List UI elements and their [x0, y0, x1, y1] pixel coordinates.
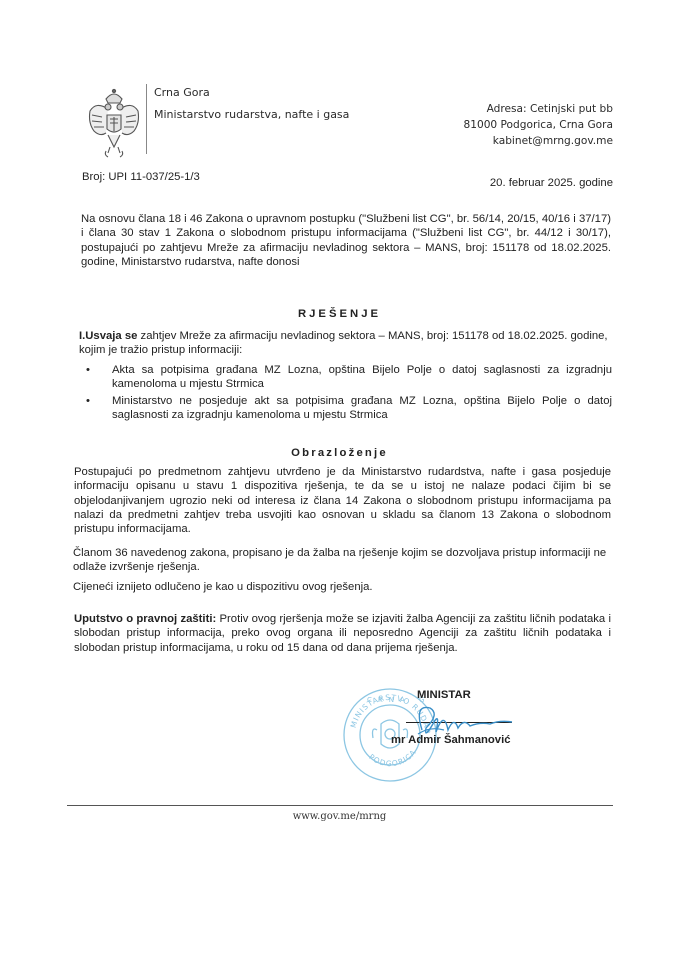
- address-city: 81000 Podgorica, Crna Gora: [463, 117, 613, 133]
- decision-paragraph: I.Usvaja se zahtjev Mreže za afirmaciju …: [79, 329, 613, 358]
- decision-lead: I.Usvaja se: [79, 330, 137, 342]
- requested-items-list: • Akta sa potpisima građana MZ Lozna, op…: [112, 363, 612, 424]
- address-block: Adresa: Cetinjski put bb 81000 Podgorica…: [463, 101, 613, 149]
- bullet-icon: •: [86, 394, 90, 408]
- list-item: • Akta sa potpisima građana MZ Lozna, op…: [112, 363, 612, 392]
- reasoning-paragraph-2: Članom 36 navedenog zakona, propisano je…: [73, 546, 613, 575]
- country-name: Crna Gora: [154, 86, 210, 99]
- address-street: Adresa: Cetinjski put bb: [463, 101, 613, 117]
- list-item-text: Akta sa potpisima građana MZ Lozna, opšt…: [112, 364, 612, 390]
- document-date: 20. februar 2025. godine: [490, 176, 613, 190]
- legal-remedy-label: Uputstvo o pravnoj zaštiti:: [74, 613, 216, 625]
- svg-text:PODGORICA: PODGORICA: [367, 748, 418, 769]
- minister-name: mr Admir Šahmanović: [391, 733, 511, 747]
- bullet-icon: •: [86, 363, 90, 377]
- address-email[interactable]: kabinet@mrng.gov.me: [463, 133, 613, 149]
- legal-remedy-paragraph: Uputstvo o pravnoj zaštiti: Protiv ovog …: [74, 612, 611, 655]
- header-divider: [146, 84, 147, 154]
- reasoning-title: Obrazloženje: [0, 446, 679, 460]
- decision-title: RJEŠENJE: [0, 307, 679, 321]
- list-item-text: Ministarstvo ne posjeduje akt sa potpisi…: [112, 395, 612, 421]
- coat-of-arms-icon: [86, 87, 142, 159]
- ministry-name: Ministarstvo rudarstva, nafte i gasa: [154, 108, 349, 121]
- list-item: • Ministarstvo ne posjeduje akt sa potpi…: [112, 394, 612, 423]
- reasoning-paragraph-1: Postupajući po predmetnom zahtjevu utvrđ…: [74, 465, 611, 536]
- reasoning-paragraph-3: Cijeneći iznijeto odlučeno je kao u disp…: [73, 580, 613, 594]
- footer-divider: [67, 805, 613, 806]
- intro-paragraph: Na osnovu člana 18 i 46 Zakona o upravno…: [81, 212, 611, 269]
- reference-number: Broj: UPI 11-037/25-1/3: [82, 170, 200, 184]
- footer-website-link[interactable]: www.gov.me/mrng: [0, 811, 679, 822]
- decision-rest: zahtjev Mreže za afirmaciju nevladinog s…: [79, 330, 608, 356]
